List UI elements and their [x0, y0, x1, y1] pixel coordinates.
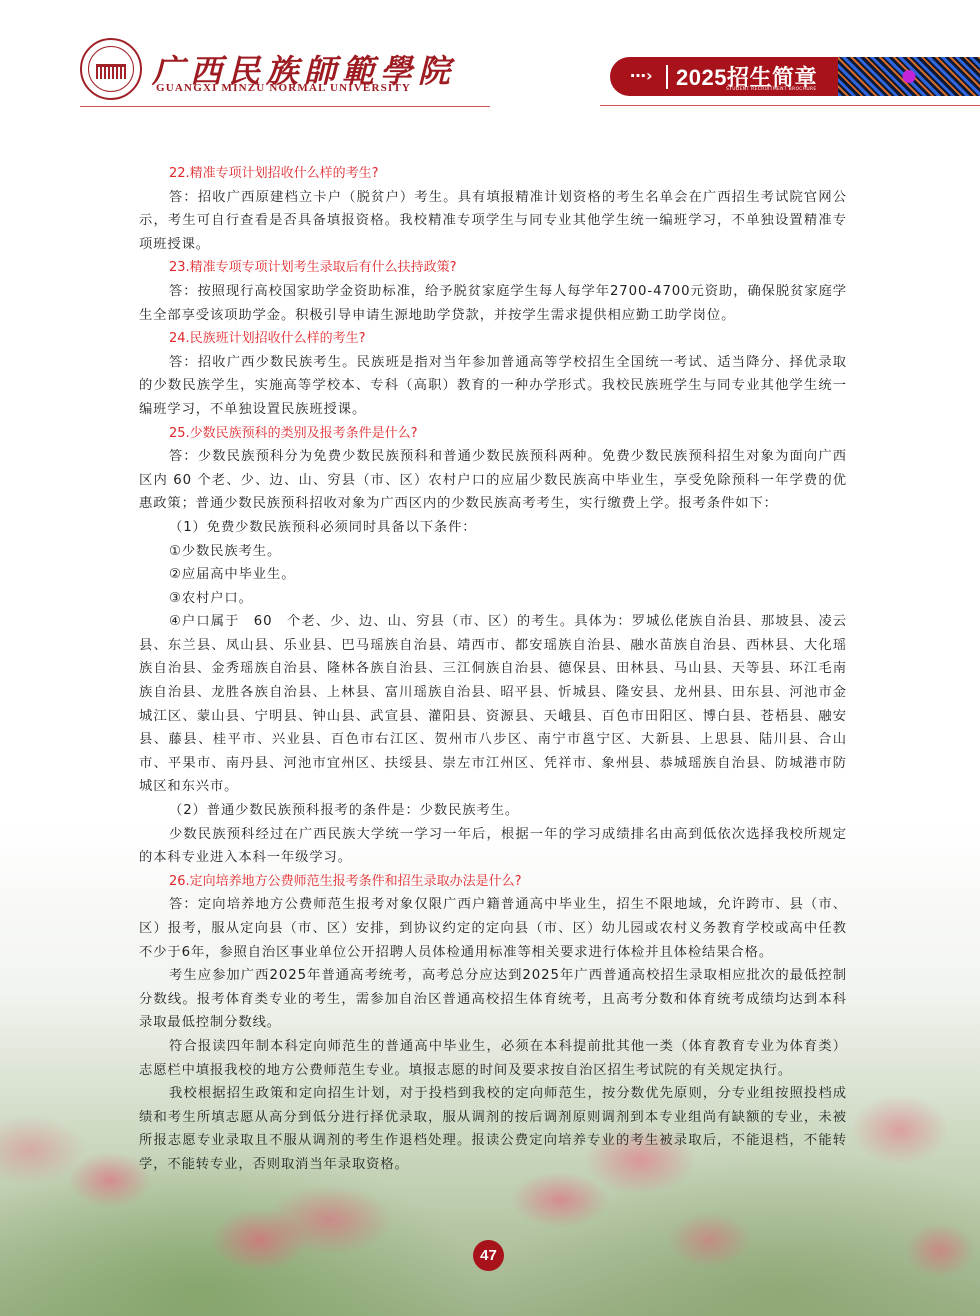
banner-subtitle: STUDENT RECRUITMENT BROCHURE [726, 87, 817, 92]
question-heading: 24.民族班计划招收什么样的考生? [139, 327, 847, 351]
answer-paragraph: 答：招收广西少数民族考生。民族班是指对当年参加普通高等学校招生全国统一考试、适当… [139, 351, 847, 422]
answer-paragraph: 答：按照现行高校国家助学金资助标准，给予脱贫家庭学生每人每学年2700-4700… [139, 280, 847, 327]
answer-paragraph: 少数民族预科经过在广西民族大学统一学习一年后，根据一年的学习成绩排名由高到低依次… [139, 823, 847, 870]
answer-paragraph: 我校根据招生政策和定向招生计划，对于投档到我校的定向师范生，按分数优先原则，分专… [139, 1082, 847, 1176]
answer-paragraph: 答：招收广西原建档立卡户（脱贫户）考生。具有填报精准计划资格的考生名单会在广西招… [139, 186, 847, 257]
condition-item-county-list: ④户口属于 60 个老、少、边、山、穷县（市、区）的考生。具体为：罗城仫佬族自治… [139, 610, 847, 799]
condition-heading: （1）免费少数民族预科必须同时具备以下条件： [139, 516, 847, 540]
condition-item: ①少数民族考生。 [139, 540, 847, 564]
question-heading: 23.精准专项专项计划考生录取后有什么扶持政策? [139, 256, 847, 280]
question-heading: 25.少数民族预科的类别及报考条件是什么? [139, 422, 847, 446]
banner-separator [666, 65, 668, 89]
university-name-en: GUANGXI MINZU NORMAL UNIVERSITY [156, 82, 411, 94]
question-heading: 26.定向培养地方公费师范生报考条件和招生录取办法是什么? [139, 870, 847, 894]
ethnic-pattern-decoration [838, 57, 980, 96]
faq-content: 22.精准专项计划招收什么样的考生? 答：招收广西原建档立卡户（脱贫户）考生。具… [139, 162, 847, 1177]
condition-item: ③农村户口。 [139, 587, 847, 611]
brochure-banner: ⋯› 2025招生简章 STUDENT RECRUITMENT BROCHURE [610, 57, 838, 96]
question-heading: 22.精准专项计划招收什么样的考生? [139, 162, 847, 186]
answer-paragraph: 答：少数民族预科分为免费少数民族预科和普通少数民族预科两种。免费少数民族预科招生… [139, 445, 847, 516]
dotted-arrow-icon: ⋯› [630, 66, 653, 85]
header-divider-left [80, 106, 490, 107]
answer-paragraph: 考生应参加广西2025年普通高考统考，高考总分应达到2025年广西普通高校招生录… [139, 964, 847, 1035]
condition-item: ②应届高中毕业生。 [139, 563, 847, 587]
university-seal-icon [80, 38, 142, 100]
header-divider-right [600, 105, 980, 106]
answer-paragraph: 符合报读四年制本科定向师范生的普通高中毕业生，必须在本科提前批其他一类（体育教育… [139, 1035, 847, 1082]
page-number-badge: 47 [473, 1240, 504, 1271]
page-header: 广西民族師範學院 GUANGXI MINZU NORMAL UNIVERSITY… [0, 0, 980, 110]
answer-paragraph: 答：定向培养地方公费师范生报考对象仅限广西户籍普通高中毕业生，招生不限地域，允许… [139, 893, 847, 964]
condition-heading: （2）普通少数民族预科报考的条件是：少数民族考生。 [139, 799, 847, 823]
